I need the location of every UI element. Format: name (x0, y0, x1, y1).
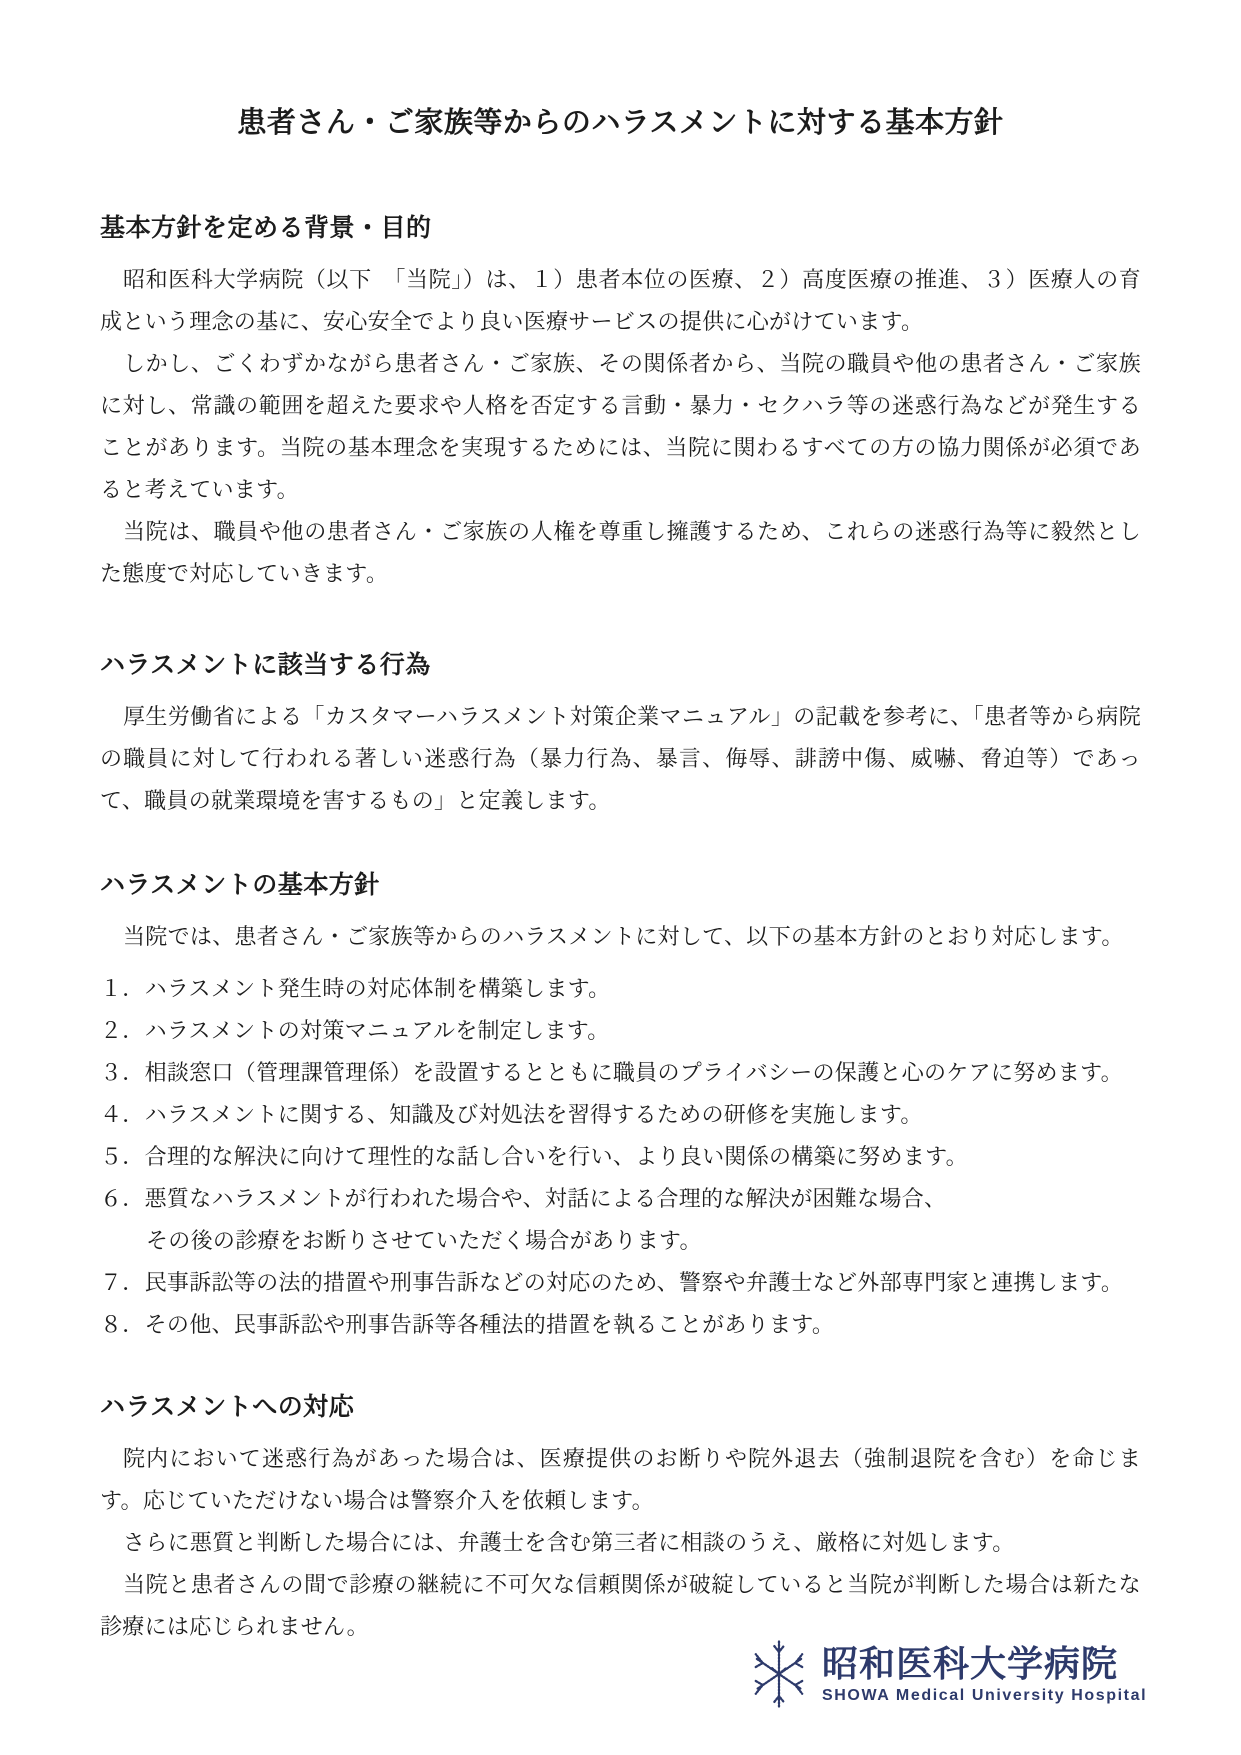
policy-item-3: ３．相談窓口（管理課管理係）を設置するとともに職員のプライバシーの保護と心のケア… (100, 1052, 1141, 1094)
hospital-logo-text: 昭和医科大学病院 SHOWA Medical University Hospit… (822, 1644, 1147, 1705)
policy-item-6-continuation: その後の診療をお断りさせていただく場合があります。 (100, 1220, 1141, 1262)
paragraph: 当院と患者さんの間で診療の継続に不可欠な信頼関係が破綻していると当院が判断した場… (100, 1564, 1141, 1648)
snowflake-icon (750, 1638, 808, 1710)
paragraph: 昭和医科大学病院（以下 「当院」）は、１）患者本位の医療、２）高度医療の推進、３… (100, 259, 1141, 343)
policy-item-7: ７．民事訴訟等の法的措置や刑事告訴などの対応のため、警察や弁護士など外部専門家と… (100, 1262, 1141, 1304)
paragraph: 院内において迷惑行為があった場合は、医療提供のお断りや院外退去（強制退院を含む）… (100, 1438, 1141, 1522)
section-heading-definition: ハラスメントに該当する行為 (100, 648, 1141, 682)
section-definition: ハラスメントに該当する行為 厚生労働省による「カスタマーハラスメント対策企業マニ… (100, 648, 1141, 822)
paragraph: さらに悪質と判断した場合には、弁護士を含む第三者に相談のうえ、厳格に対処します。 (100, 1522, 1141, 1564)
policy-list: １．ハラスメント発生時の対応体制を構築します。 ２．ハラスメントの対策マニュアル… (100, 968, 1141, 1346)
document-page: 患者さん・ご家族等からのハラスメントに対する基本方針 基本方針を定める背景・目的… (0, 0, 1241, 1755)
paragraph: 当院では、患者さん・ご家族等からのハラスメントに対して、以下の基本方針のとおり対… (100, 916, 1141, 958)
section-heading-background: 基本方針を定める背景・目的 (100, 211, 1141, 245)
paragraph: 厚生労働省による「カスタマーハラスメント対策企業マニュアル」の記載を参考に、「患… (100, 696, 1141, 822)
page-title: 患者さん・ご家族等からのハラスメントに対する基本方針 (100, 0, 1141, 143)
section-heading-policy: ハラスメントの基本方針 (100, 868, 1141, 902)
policy-item-4: ４．ハラスメントに関する、知識及び対処法を習得するための研修を実施します。 (100, 1094, 1141, 1136)
policy-item-5: ５．合理的な解決に向けて理性的な話し合いを行い、より良い関係の構築に努めます。 (100, 1136, 1141, 1178)
hospital-logo: 昭和医科大学病院 SHOWA Medical University Hospit… (750, 1638, 1147, 1710)
policy-item-1: １．ハラスメント発生時の対応体制を構築します。 (100, 968, 1141, 1010)
section-heading-response: ハラスメントへの対応 (100, 1390, 1141, 1424)
section-policy: ハラスメントの基本方針 当院では、患者さん・ご家族等からのハラスメントに対して、… (100, 868, 1141, 1346)
policy-item-6: ６．悪質なハラスメントが行われた場合や、対話による合理的な解決が困難な場合、 (100, 1178, 1141, 1220)
paragraph: しかし、ごくわずかながら患者さん・ご家族、その関係者から、当院の職員や他の患者さ… (100, 343, 1141, 511)
hospital-name-en: SHOWA Medical University Hospital (822, 1687, 1147, 1705)
section-background: 基本方針を定める背景・目的 昭和医科大学病院（以下 「当院」）は、１）患者本位の… (100, 211, 1141, 595)
paragraph: 当院は、職員や他の患者さん・ご家族の人権を尊重し擁護するため、これらの迷惑行為等… (100, 511, 1141, 595)
policy-item-2: ２．ハラスメントの対策マニュアルを制定します。 (100, 1010, 1141, 1052)
hospital-name-ja: 昭和医科大学病院 (822, 1644, 1147, 1684)
section-response: ハラスメントへの対応 院内において迷惑行為があった場合は、医療提供のお断りや院外… (100, 1390, 1141, 1648)
document-content: 患者さん・ご家族等からのハラスメントに対する基本方針 基本方針を定める背景・目的… (0, 0, 1241, 1648)
policy-item-8: ８．その他、民事訴訟や刑事告訴等各種法的措置を執ることがあります。 (100, 1304, 1141, 1346)
